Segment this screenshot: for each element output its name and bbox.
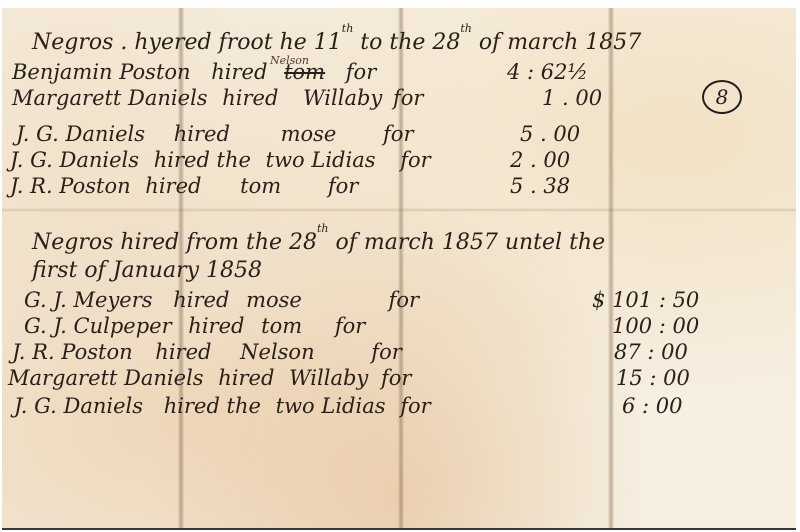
ledger-entry: Benjamin Poston hired tom for	[12, 60, 376, 84]
ledger-entry: J. G. Daniels hired the two Lidias for	[10, 148, 431, 172]
fold-crease	[2, 208, 796, 212]
ledger-entry: J. G. Daniels hired mose for	[16, 122, 414, 146]
ledger-entry: J. R. Poston hired tom for	[10, 174, 358, 198]
page-number-circled: 8	[702, 80, 742, 114]
amount: 6 : 00	[622, 394, 683, 418]
amount: $ 101 : 50	[592, 288, 699, 312]
amount: 1 . 00	[542, 86, 602, 110]
amount: 2 . 00	[510, 148, 570, 172]
section2-heading-line2: first of January 1858	[32, 258, 262, 283]
section1-heading: Negros . hyered froot he 11th to the 28t…	[32, 30, 641, 55]
amount: 5 . 38	[510, 174, 570, 198]
currency-symbol: $	[592, 288, 605, 312]
amount: 87 : 00	[614, 340, 688, 364]
amount: 4 : 62½	[507, 60, 588, 84]
amount: 100 : 00	[612, 314, 699, 338]
ledger-entry: Margarett Daniels hired Willaby for	[8, 366, 411, 390]
ledger-entry: G. J. Culpeper hired tom for	[24, 314, 365, 338]
ledger-page: 8 Negros . hyered froot he 11th to the 2…	[2, 8, 796, 530]
amount: 15 : 00	[616, 366, 690, 390]
fold-crease	[608, 8, 614, 528]
ledger-entry: J. G. Daniels hired the two Lidias for	[14, 394, 431, 418]
ledger-entry: J. R. Poston hired Nelson for	[12, 340, 402, 364]
amount: 5 . 00	[520, 122, 580, 146]
ledger-entry: G. J. Meyers hired mose for	[24, 288, 419, 312]
section2-heading: Negros hired from the 28th of march 1857…	[32, 230, 605, 255]
ledger-entry: Margarett Daniels hired Willaby for	[12, 86, 423, 110]
inserted-word: Nelson	[270, 54, 309, 67]
